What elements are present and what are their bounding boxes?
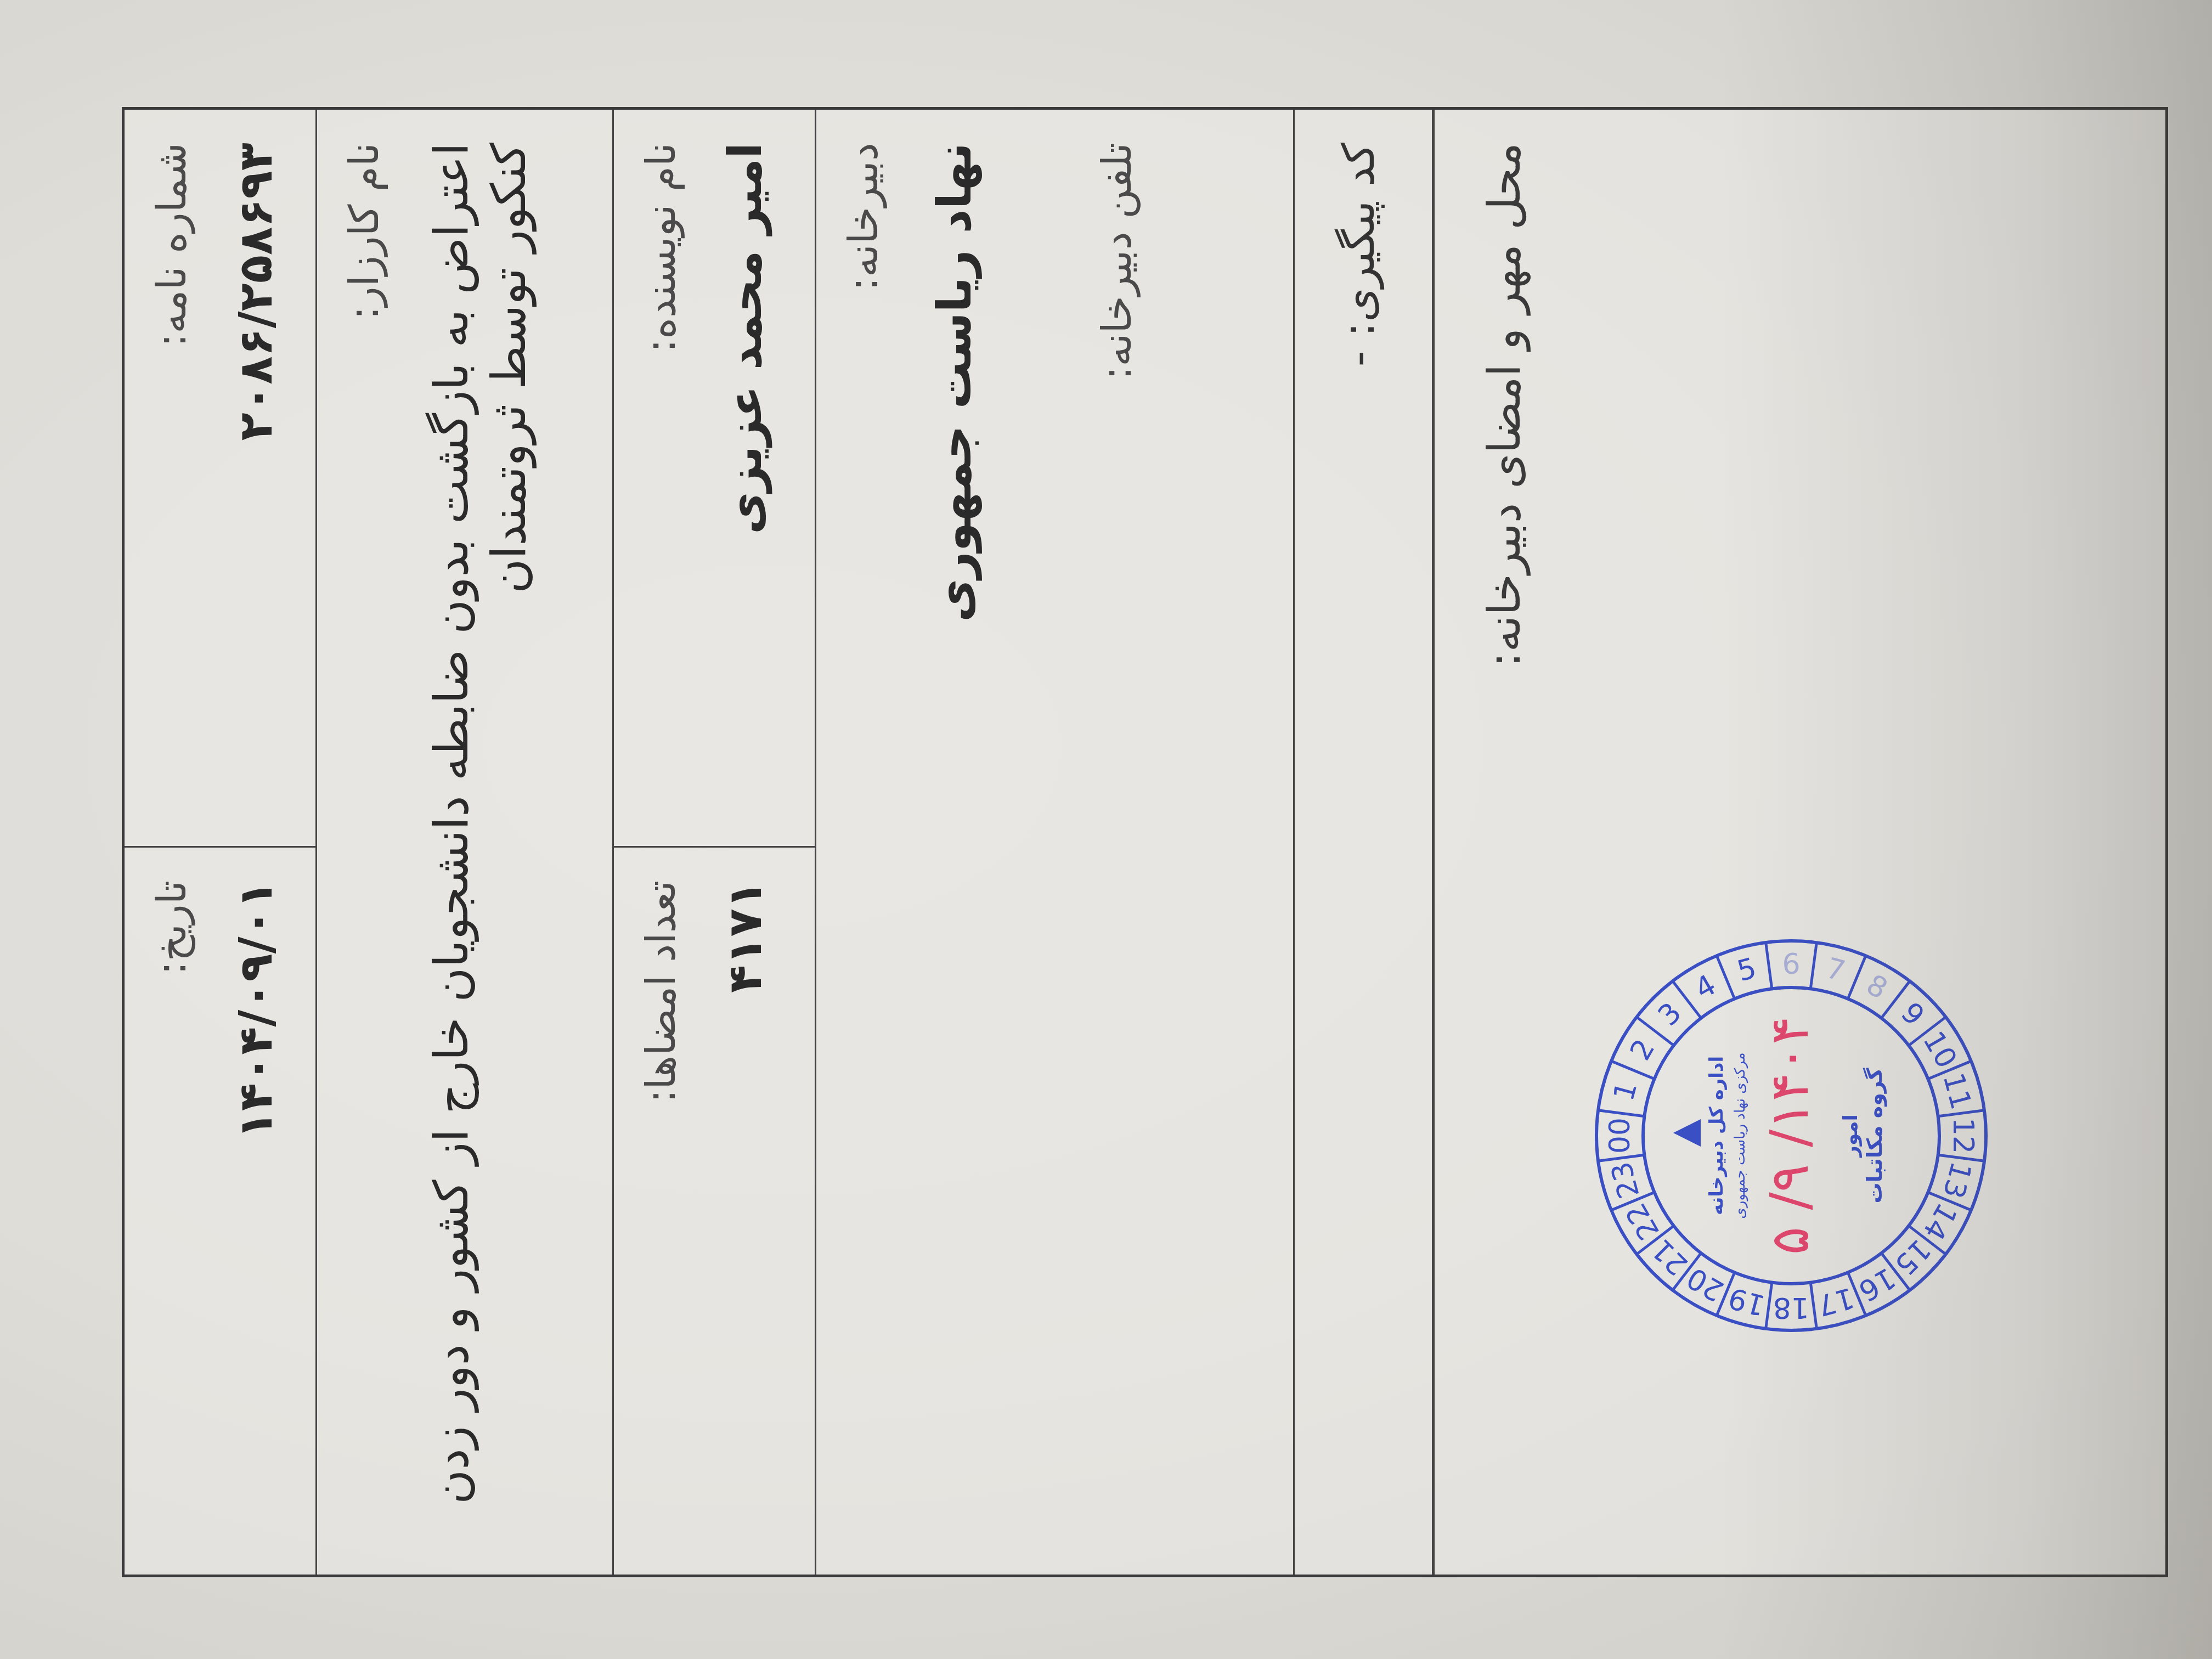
stamp-hour-tick: 17 [1814, 1280, 1857, 1322]
stamp-hour-tick: 9 [1894, 996, 1931, 1032]
stamp-hour-tick: 5 [1734, 952, 1759, 989]
signature-count-label: تعداد امضاها: [637, 881, 686, 1542]
stamp-date: ۱۴۰۴/ ۹/ ۵ [1759, 1016, 1820, 1255]
date-cell: تاریخ: ۱۴۰۴/۰۹/۰۱ [125, 848, 315, 1575]
letter-number-value: ۲۰۸۶/۲۵۸۶۹۳ [228, 143, 284, 813]
secretariat-phone-label: تلفن دبیرخانه: [1093, 143, 1142, 1542]
stamp-hour-tick: 1 [1607, 1078, 1644, 1104]
subject-cell: نام کارزار: اعتراض به بازگشت بدون ضابطه … [317, 110, 612, 1575]
stamp-hour-tick: 7 [1822, 952, 1848, 989]
author-label: نام نویسنده: [637, 143, 686, 813]
secretariat-value: نهاد ریاست جمهوری [927, 143, 983, 1542]
stamp-hour-tick: 6 [1782, 948, 1800, 981]
stamp-hour-tick: 23 [1605, 1158, 1646, 1201]
row-secretariat: دبیرخانه: نهاد ریاست جمهوری تلفن دبیرخان… [816, 110, 1295, 1575]
stamp-hour-tick: 00 [1604, 1118, 1637, 1154]
secretariat-label: دبیرخانه: [839, 143, 888, 1542]
stamp-hour-tick: 11 [1936, 1069, 1977, 1113]
stamp-org-line-2: مرکزی نهاد ریاست جمهوری [1732, 1052, 1748, 1218]
stamp-area-cell: محل مهر و امضای دبیرخانه: [1435, 110, 2165, 1575]
stamp-org-line-1: اداره کل دبیرخانه [1706, 1056, 1728, 1215]
row-tracking: کد پیگیری: - [1295, 110, 1435, 1575]
signature-count-cell: تعداد امضاها: ۴۱۷۱ [614, 848, 815, 1575]
tracking-code-cell: کد پیگیری: - [1295, 110, 1432, 1575]
stamp-hour-tick: 4 [1689, 968, 1722, 1006]
secretariat-cell: دبیرخانه: نهاد ریاست جمهوری تلفن دبیرخان… [816, 110, 1293, 1575]
stamp-hour-tick: 18 [1773, 1291, 1809, 1324]
petition-receipt-form: شماره نامه: ۲۰۸۶/۲۵۸۶۹۳ تاریخ: ۱۴۰۴/۰۹/۰… [122, 107, 2168, 1577]
subject-value: اعتراض به بازگشت بدون ضابطه دانشجویان خا… [423, 143, 538, 1542]
received-date-stamp: 001234567891011121314151617181920212223 … [1588, 933, 1994, 1339]
subject-label: نام کارزار: [340, 143, 389, 1542]
row-author-count: نام نویسنده: امیر محمد عزیزی تعداد امضاه… [614, 110, 816, 1575]
row-subject: نام کارزار: اعتراض به بازگشت بدون ضابطه … [317, 110, 614, 1575]
author-value: امیر محمد عزیزی [718, 143, 773, 813]
signature-count-value: ۴۱۷۱ [718, 881, 773, 1542]
stamp-dept-line-2: گروه مکاتبات [1863, 1068, 1887, 1204]
stamp-hour-tick: 8 [1861, 968, 1893, 1006]
date-value: ۱۴۰۴/۰۹/۰۱ [228, 881, 284, 1542]
stamp-dept-line-1: امور [1839, 1114, 1862, 1158]
tracking-code-value: - [1333, 351, 1384, 366]
stamp-hour-tick: 13 [1936, 1158, 1977, 1201]
letter-number-cell: شماره نامه: ۲۰۸۶/۲۵۸۶۹۳ [125, 110, 315, 848]
stamp-hour-tick: 3 [1652, 996, 1688, 1032]
emblem-icon [1673, 1119, 1701, 1147]
row-number-date: شماره نامه: ۲۰۸۶/۲۵۸۶۹۳ تاریخ: ۱۴۰۴/۰۹/۰… [125, 110, 317, 1575]
stamp-hour-tick: 19 [1725, 1280, 1768, 1322]
date-label: تاریخ: [148, 881, 196, 1542]
letter-number-label: شماره نامه: [148, 143, 196, 813]
stamp-graphic: 001234567891011121314151617181920212223 … [1588, 933, 1994, 1339]
author-cell: نام نویسنده: امیر محمد عزیزی [614, 110, 815, 848]
tracking-code-label: کد پیگیری: [1333, 143, 1384, 337]
stamp-hour-tick: 2 [1624, 1034, 1662, 1066]
stamp-area-label: محل مهر و امضای دبیرخانه: [1479, 143, 1531, 1542]
row-stamp-area: محل مهر و امضای دبیرخانه: 00123456789101… [1435, 110, 2165, 1575]
stamp-hour-tick: 12 [1946, 1118, 1979, 1154]
